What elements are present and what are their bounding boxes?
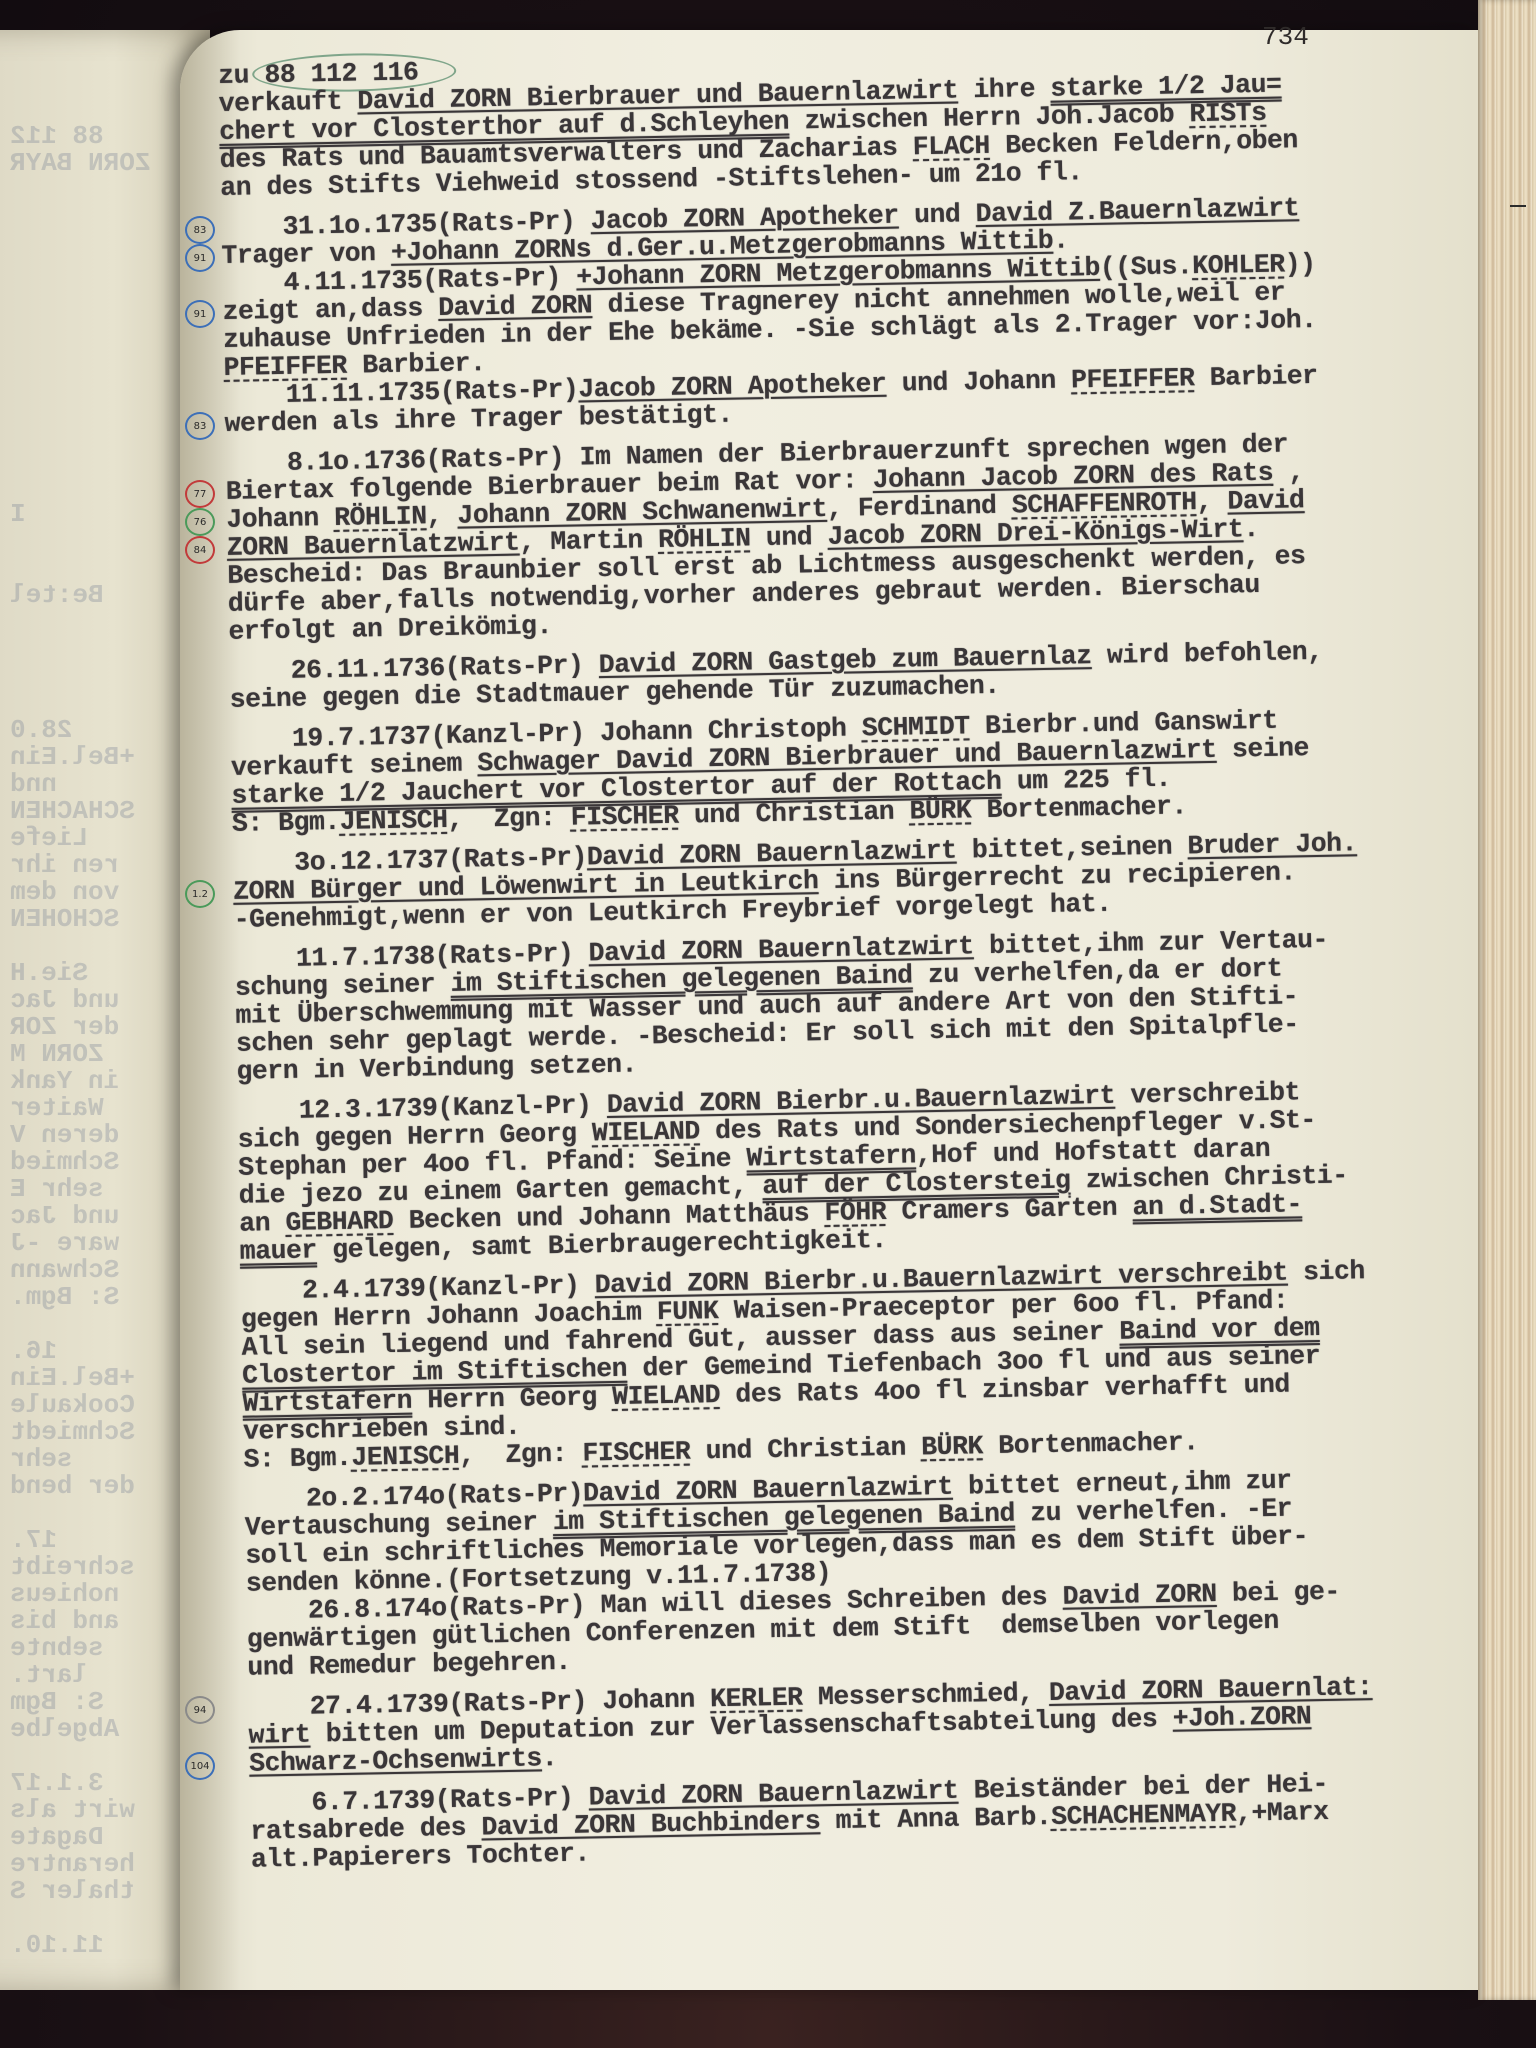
text-segment: Johann bbox=[226, 503, 334, 535]
text-segment: Barbier bbox=[1194, 361, 1318, 393]
text-segment: ((Sus. bbox=[1100, 251, 1193, 283]
underlined-phrase: FLACH bbox=[913, 131, 991, 162]
text-segment: S: Bgm. bbox=[243, 1443, 351, 1475]
underlined-phrase: FISCHER bbox=[571, 801, 679, 833]
underlined-phrase: FÖHR bbox=[824, 1197, 886, 1228]
underlined-phrase: GEBHARD bbox=[285, 1206, 393, 1238]
underlined-phrase: an d.Stadt- bbox=[1132, 1189, 1302, 1222]
margin-circle-note: 94 bbox=[185, 1696, 215, 1724]
underlined-phrase: WIELAND bbox=[612, 1380, 720, 1412]
margin-tick-mark bbox=[1510, 205, 1526, 207]
margin-circle-note: 77 bbox=[185, 480, 215, 508]
text-segment: alt.Papierers Tochter. bbox=[251, 1838, 590, 1874]
ghost-text-line: thaler S bbox=[10, 1875, 135, 1908]
underlined-phrase: FISCHER bbox=[582, 1437, 690, 1469]
text-segment: , Zgn: bbox=[447, 803, 571, 835]
underlined-phrase: SCHMIDT bbox=[862, 711, 970, 743]
underlined-phrase: PFEIFFER bbox=[1071, 363, 1195, 395]
underlined-phrase: wirt bbox=[248, 1720, 310, 1751]
underlined-phrase: Schwarz-Ochsenwirts bbox=[249, 1743, 542, 1778]
text-segment: und Christian bbox=[690, 1432, 922, 1466]
text-segment: Bortenmacher. bbox=[971, 791, 1187, 825]
text-segment: ihre bbox=[958, 74, 1051, 106]
underlined-phrase: WIELAND bbox=[592, 1116, 700, 1148]
ghost-text-line: Abgelbe bbox=[10, 1713, 119, 1746]
underlined-phrase: SCHACHENMAYR bbox=[1051, 1799, 1236, 1832]
underlined-phrase: KOHLER bbox=[1192, 249, 1285, 281]
text-segment: , bbox=[1273, 457, 1304, 488]
text-segment: , Zgn: bbox=[459, 1439, 583, 1471]
underlined-phrase: David bbox=[1227, 485, 1305, 516]
ghost-text-line: S: Bgm. bbox=[10, 1281, 119, 1314]
text-segment: an bbox=[239, 1208, 286, 1239]
text-segment: sich bbox=[1287, 1256, 1365, 1287]
margin-circle-note: 84 bbox=[185, 536, 215, 564]
text-segment: S: Bgm. bbox=[232, 807, 340, 839]
margin-circle-note: 83 bbox=[185, 216, 215, 244]
margin-circle-note: 1.2 bbox=[185, 880, 215, 908]
ghost-text-line: der bend bbox=[10, 1470, 135, 1503]
text-segment: seine bbox=[1216, 733, 1309, 765]
underlined-phrase: BÜRK bbox=[921, 1431, 983, 1462]
text-segment: bei ge- bbox=[1216, 1577, 1340, 1609]
text-segment: und Johann bbox=[886, 365, 1071, 398]
text-segment: und Remedur begehren. bbox=[247, 1647, 571, 1683]
text-segment: und bbox=[750, 522, 828, 553]
underlined-phrase: Bruder Joh. bbox=[1187, 828, 1357, 861]
ghost-text-line: ZORN BAYR bbox=[10, 147, 150, 180]
margin-circle-note: 104 bbox=[185, 1752, 215, 1780]
underlined-phrase: BÜRK bbox=[909, 795, 971, 826]
text-segment: . bbox=[1243, 514, 1259, 544]
text-segment: gern in Verbindung setzen. bbox=[236, 1049, 637, 1086]
margin-circle-note: 83 bbox=[185, 412, 215, 440]
text-segment: )) bbox=[1284, 249, 1315, 280]
underlined-phrase: RÖHLIN bbox=[334, 501, 427, 533]
ghost-text-line: SCHOHEN bbox=[10, 903, 119, 936]
margin-circle-note: 91 bbox=[185, 244, 215, 272]
margin-circle-note: 91 bbox=[185, 300, 215, 328]
underlined-phrase: JENISCH bbox=[351, 1441, 459, 1473]
underlined-phrase: KERLER bbox=[710, 1683, 803, 1715]
ghost-text-line: 11.10. bbox=[10, 1929, 104, 1962]
text-segment: Bortenmacher. bbox=[983, 1427, 1199, 1461]
underlined-phrase: RÖHLIN bbox=[658, 523, 751, 555]
text-segment: , bbox=[426, 501, 457, 532]
typewritten-text: zu 88 112 116verkauft David ZORN Bierbra… bbox=[218, 39, 1501, 1874]
underlined-phrase: mauer bbox=[240, 1235, 318, 1266]
underlined-phrase: +Joh.ZORN bbox=[1172, 1701, 1311, 1734]
text-segment: erfolgt an Dreikömig. bbox=[228, 611, 552, 647]
text-segment: und Christian bbox=[678, 796, 910, 830]
text-segment: und bbox=[898, 199, 976, 230]
text-segment: . bbox=[542, 1743, 558, 1773]
underlined-phrase: FUNK bbox=[657, 1296, 719, 1327]
text-segment: , bbox=[1196, 487, 1227, 518]
text-segment: ,+Marx bbox=[1236, 1797, 1329, 1829]
text-segment: . bbox=[1053, 225, 1069, 255]
underlined-phrase: RISTs bbox=[1189, 98, 1267, 129]
margin-circle-note: 76 bbox=[185, 508, 215, 536]
ghost-text-line: Be:tel bbox=[10, 579, 104, 612]
left-page: 88 112ZORN BAYRIBe:tel28.0+Bel.EinnndSCH… bbox=[0, 30, 210, 1990]
ghost-text-line: I bbox=[10, 498, 26, 531]
underlined-phrase: JENISCH bbox=[339, 805, 447, 837]
